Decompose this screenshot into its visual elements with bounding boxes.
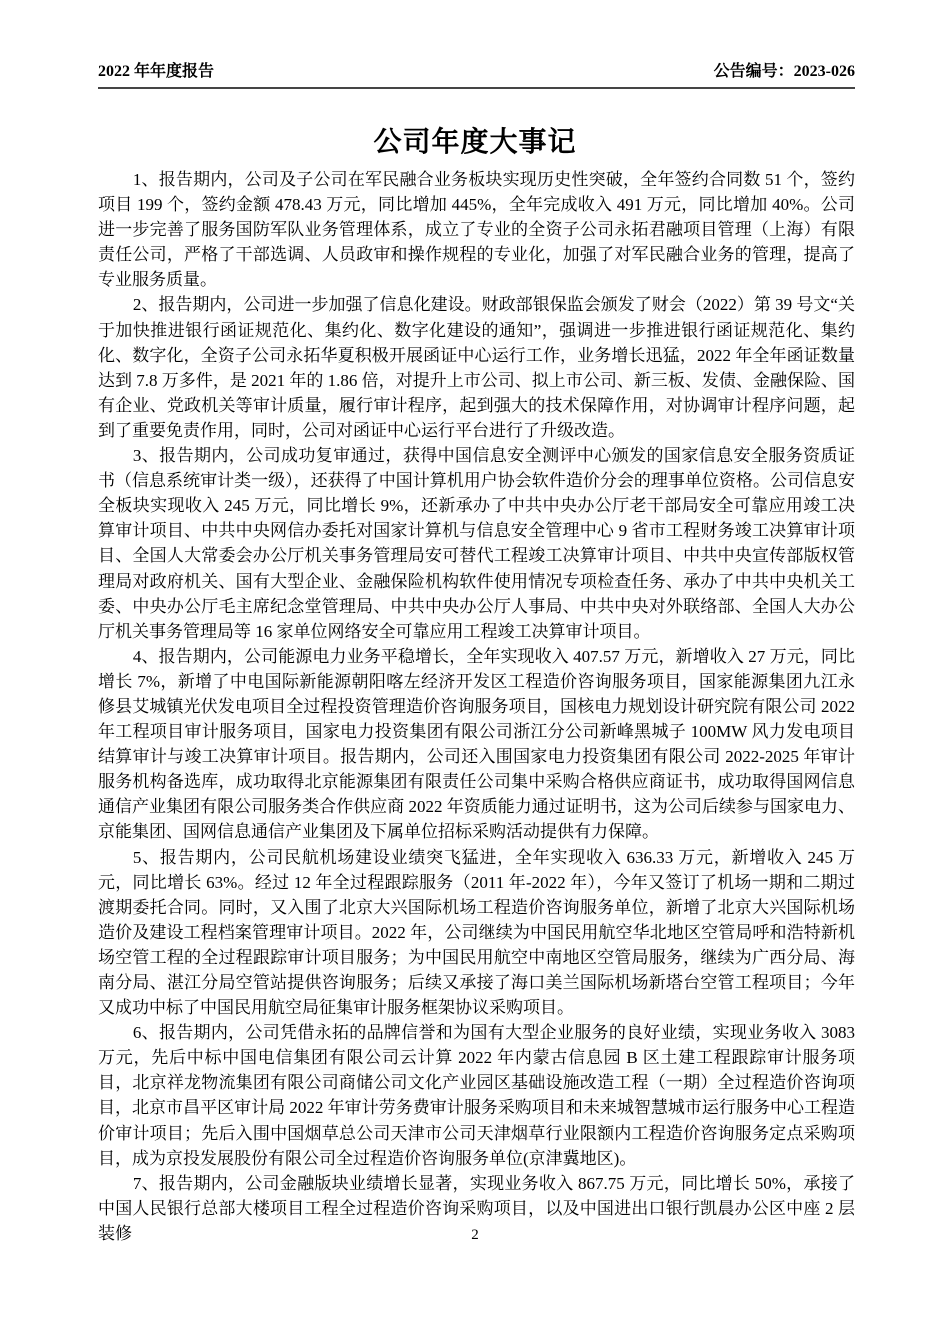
header-report-title: 2022 年年度报告: [98, 62, 214, 82]
paragraph-2: 2、报告期内，公司进一步加强了信息化建设。财政部银保监会颁发了财会（2022）第…: [98, 292, 855, 443]
document-body: 1、报告期内，公司及子公司在军民融合业务板块实现历史性突破，全年签约合同数 51…: [98, 167, 855, 1246]
paragraph-4: 4、报告期内，公司能源电力业务平稳增长，全年实现收入 407.57 万元，新增收…: [98, 644, 855, 845]
page-number: 2: [0, 1227, 950, 1244]
paragraph-1: 1、报告期内，公司及子公司在军民融合业务板块实现历史性突破，全年签约合同数 51…: [98, 167, 855, 292]
document-page: 2022 年年度报告 公告编号：2023-026 公司年度大事记 1、报告期内，…: [0, 0, 950, 1344]
page-title: 公司年度大事记: [0, 120, 950, 160]
paragraph-6: 6、报告期内，公司凭借永拓的品牌信誉和为国有大型企业服务的良好业绩，实现业务收入…: [98, 1020, 855, 1171]
paragraph-3: 3、报告期内，公司成功复审通过，获得中国信息安全测评中心颁发的国家信息安全服务资…: [98, 443, 855, 644]
page-header: 2022 年年度报告 公告编号：2023-026: [98, 62, 855, 89]
header-announcement-number: 公告编号：2023-026: [714, 62, 855, 82]
paragraph-5: 5、报告期内，公司民航机场建设业绩突飞猛进，全年实现收入 636.33 万元，新…: [98, 845, 855, 1021]
